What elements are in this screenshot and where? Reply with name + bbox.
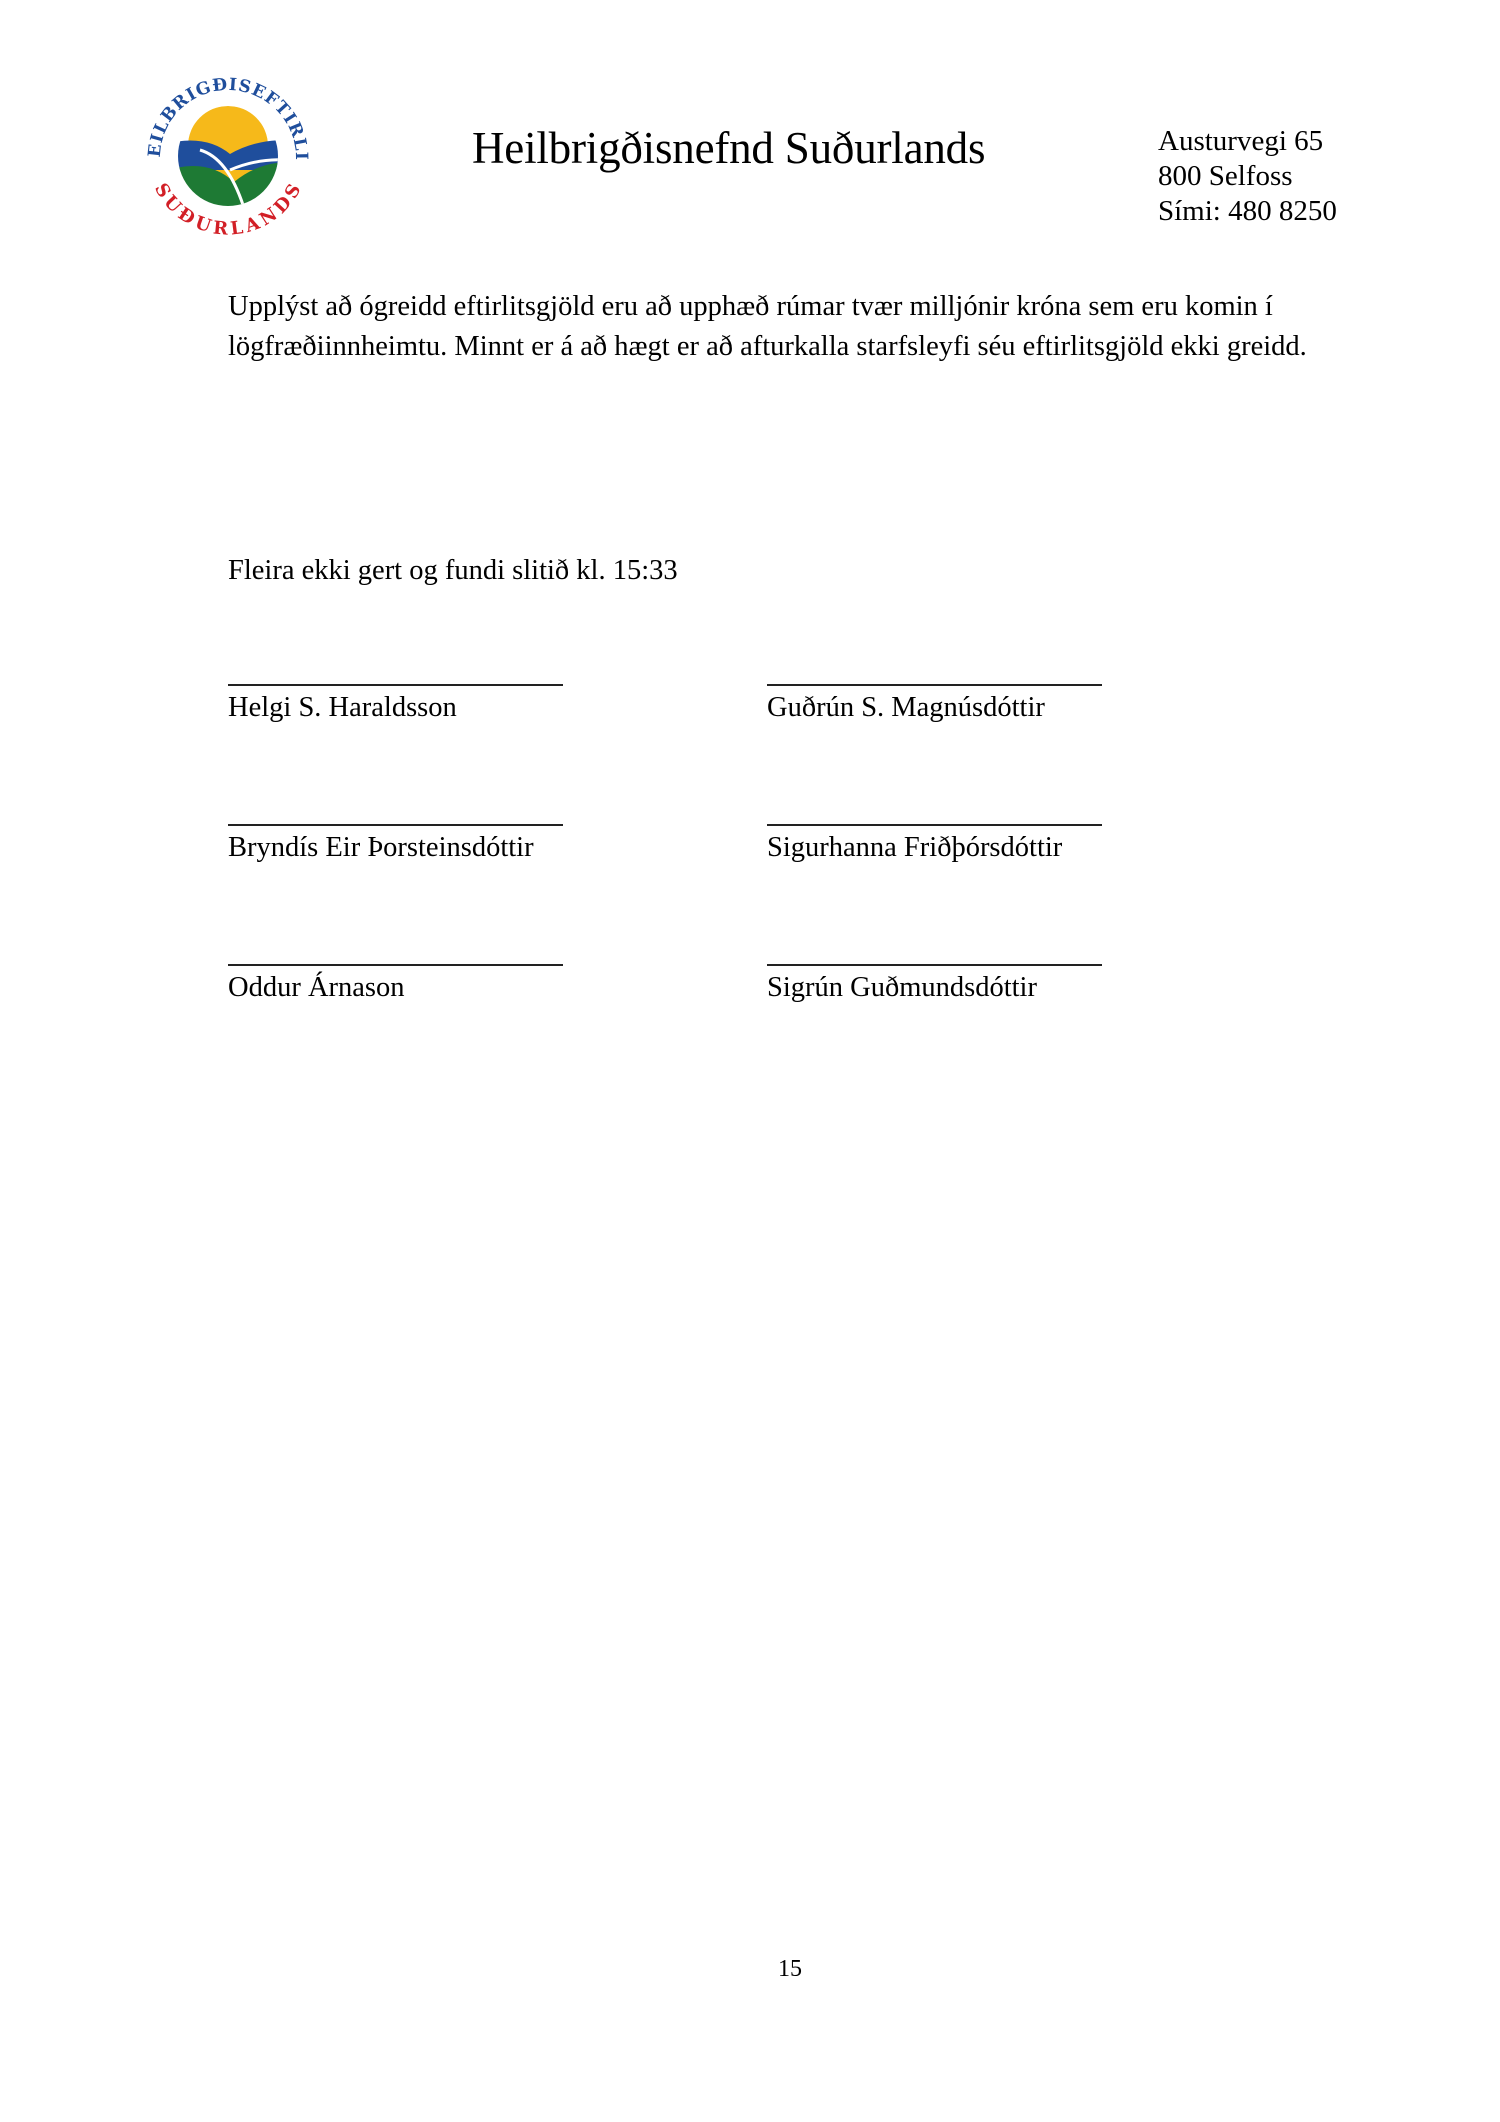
- document-page: HEILBRIGÐISEFTIRLIT SUÐURLANDS Heilbrigð…: [0, 0, 1500, 2122]
- address-block: Austurvegi 65 800 Selfoss Sími: 480 8250: [1158, 124, 1337, 229]
- signature-block: Helgi S. Haraldsson: [228, 684, 568, 724]
- page-number: 15: [0, 1956, 1500, 1983]
- address-street: Austurvegi 65: [1158, 124, 1337, 159]
- signatory-name: Bryndís Eir Þorsteinsdóttir: [228, 832, 568, 864]
- signature-block: Guðrún S. Magnúsdóttir: [767, 684, 1107, 724]
- signature-line: [228, 684, 563, 686]
- logo-emblem-icon: [168, 98, 290, 218]
- signatory-name: Helgi S. Haraldsson: [228, 692, 568, 724]
- signature-block: Bryndís Eir Þorsteinsdóttir: [228, 824, 568, 864]
- signature-block: Sigrún Guðmundsdóttir: [767, 964, 1107, 1004]
- body-paragraph: Upplýst að ógreidd eftirlitsgjöld eru að…: [228, 287, 1388, 367]
- address-phone: Sími: 480 8250: [1158, 194, 1337, 229]
- signature-line: [767, 824, 1102, 826]
- signatory-name: Guðrún S. Magnúsdóttir: [767, 692, 1107, 724]
- signature-line: [228, 964, 563, 966]
- organization-title: Heilbrigðisnefnd Suðurlands: [472, 122, 985, 174]
- signature-line: [228, 824, 563, 826]
- signature-block: Sigurhanna Friðþórsdóttir: [767, 824, 1107, 864]
- signature-line: [767, 684, 1102, 686]
- address-city: 800 Selfoss: [1158, 159, 1337, 194]
- signatory-name: Sigrún Guðmundsdóttir: [767, 972, 1107, 1004]
- signatory-name: Sigurhanna Friðþórsdóttir: [767, 832, 1107, 864]
- signatory-name: Oddur Árnason: [228, 972, 568, 1004]
- closing-statement: Fleira ekki gert og fundi slitið kl. 15:…: [228, 555, 678, 587]
- signature-block: Oddur Árnason: [228, 964, 568, 1004]
- signature-line: [767, 964, 1102, 966]
- health-inspectorate-logo: HEILBRIGÐISEFTIRLIT SUÐURLANDS: [138, 58, 318, 238]
